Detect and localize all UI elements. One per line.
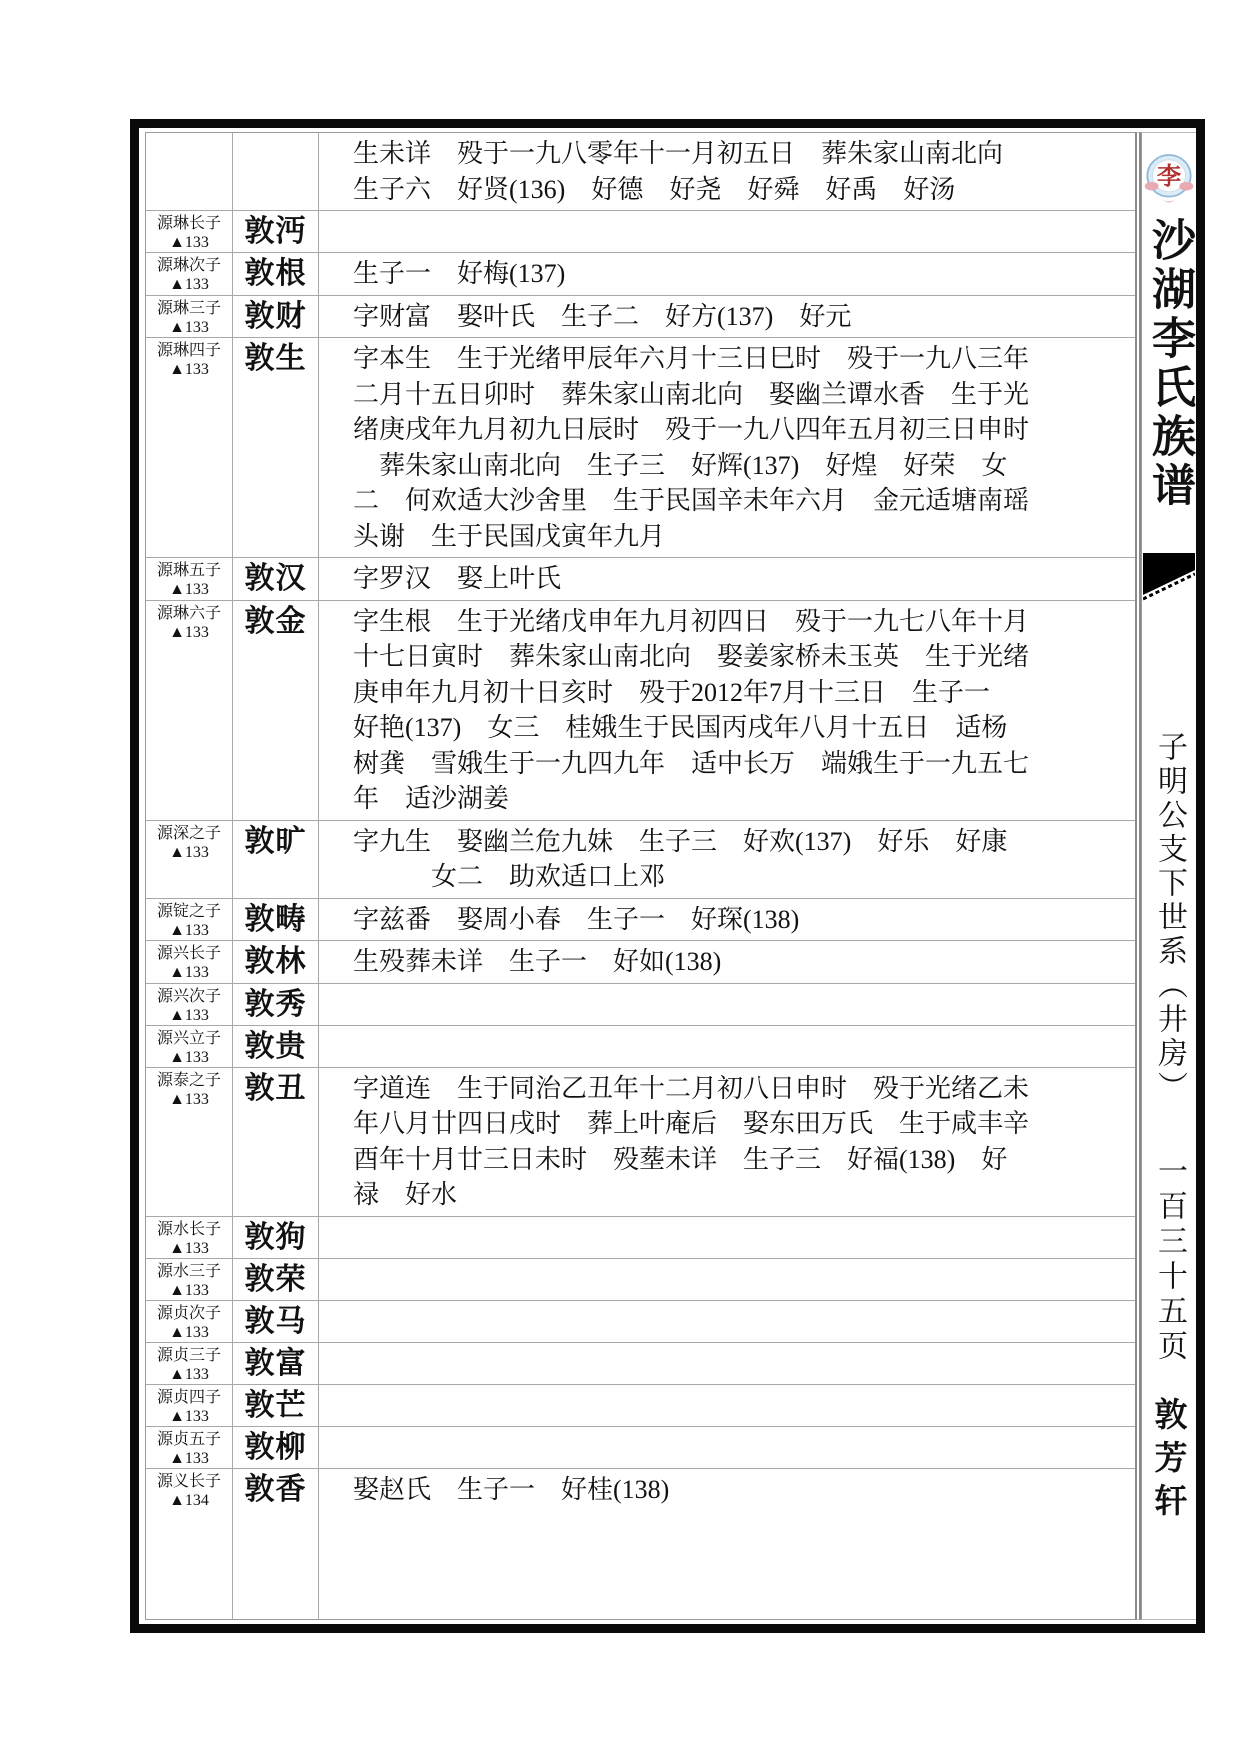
relation-cell: 源兴立子 ▲133 [146,1026,233,1067]
relation-cell: 源贞次子 ▲133 [146,1301,233,1342]
relation-cell: 源琳五子 ▲133 [146,558,233,600]
person-detail: 字九生 娶幽兰危九妹 生子三 好欢(137) 好乐 好康 女二 助欢适口上邓 [319,821,1135,898]
relation-label: 源锭之子 [157,902,221,921]
person-detail: 字生根 生于光绪戊申年九月初四日 殁于一九七八年十月 十七日寅时 葬朱家山南北向… [319,601,1135,820]
generation-marker: ▲134 [169,1491,209,1510]
person-name: 敦根 [233,253,319,295]
person-detail [319,1217,1135,1258]
relation-cell: 源琳次子 ▲133 [146,253,233,295]
relation-label: 源水长子 [157,1220,221,1239]
relation-cell: 源琳三子 ▲133 [146,296,233,338]
person-name: 敦贵 [233,1026,319,1067]
person-name: 敦旷 [233,821,319,898]
relation-cell: 源贞三子 ▲133 [146,1343,233,1384]
table-row: 源锭之子 ▲133 敦畴 字兹番 娶周小春 生子一 好琛(138) [146,899,1135,942]
person-detail [319,1427,1135,1468]
generation-marker: ▲133 [169,1449,209,1468]
person-name: 敦富 [233,1343,319,1384]
person-detail [319,1026,1135,1067]
relation-label: 源琳四子 [157,341,221,360]
relation-cell: 源水三子 ▲133 [146,1259,233,1300]
person-name: 敦柳 [233,1427,319,1468]
table-row: 源水长子 ▲133 敦狗 [146,1217,1135,1259]
table-row: 源琳次子 ▲133 敦根 生子一 好梅(137) [146,253,1135,296]
relation-label: 源琳长子 [157,214,221,233]
person-detail: 生未详 殁于一九八零年十一月初五日 葬朱家山南北向 生子六 好贤(136) 好德… [319,133,1135,210]
person-name: 敦财 [233,296,319,338]
person-detail [319,211,1135,252]
person-name: 敦秀 [233,984,319,1025]
generation-marker: ▲133 [169,1365,209,1384]
relation-cell: 源贞四子 ▲133 [146,1385,233,1426]
generation-marker: ▲133 [169,233,209,252]
table-row: 源贞次子 ▲133 敦马 [146,1301,1135,1343]
person-name: 敦畴 [233,899,319,941]
relation-label: 源贞五子 [157,1430,221,1449]
relation-label: 源贞次子 [157,1304,221,1323]
person-detail: 字道连 生于同治乙丑年十二月初八日申时 殁于光绪乙未 年八月廿四日戌时 葬上叶庵… [319,1068,1135,1216]
person-detail: 生殁葬未详 生子一 好如(138) [319,941,1135,983]
relation-label: 源义长子 [157,1472,221,1491]
relation-label: 源贞三子 [157,1346,221,1365]
relation-label: 源兴长子 [157,944,221,963]
table-row: 源琳四子 ▲133 敦生 字本生 生于光绪甲辰年六月十三日巳时 殁于一九八三年 … [146,338,1135,558]
person-detail: 字财富 娶叶氏 生子二 好方(137) 好元 [319,296,1135,338]
person-name: 敦汉 [233,558,319,600]
person-name: 敦林 [233,941,319,983]
table-row: 生未详 殁于一九八零年十一月初五日 葬朱家山南北向 生子六 好贤(136) 好德… [146,133,1135,211]
relation-label: 源贞四子 [157,1388,221,1407]
person-detail [319,1301,1135,1342]
generation-marker: ▲133 [169,843,209,862]
relation-cell: 源兴长子 ▲133 [146,941,233,983]
relation-label: 源水三子 [157,1262,221,1281]
table-row: 源兴长子 ▲133 敦林 生殁葬未详 生子一 好如(138) [146,941,1135,984]
relation-cell: 源水长子 ▲133 [146,1217,233,1258]
relation-label: 源琳六子 [157,604,221,623]
generation-marker: ▲133 [169,1407,209,1426]
person-detail: 字罗汉 娶上叶氏 [319,558,1135,600]
book-title: 沙湖李氏族谱 [1147,217,1191,511]
person-detail: 娶赵氏 生子一 好桂(138) [319,1469,1135,1620]
page-corner-icon [1143,553,1195,603]
generation-marker: ▲133 [169,1048,209,1067]
relation-label: 源泰之子 [157,1071,221,1090]
table-row: 源琳长子 ▲133 敦沔 [146,211,1135,253]
relation-label: 源兴次子 [157,987,221,1006]
relation-cell: 源锭之子 ▲133 [146,899,233,941]
person-name: 敦芒 [233,1385,319,1426]
relation-label: 源琳次子 [157,256,221,275]
page-number: 一百三十五页 [1154,1155,1184,1365]
person-name: 敦香 [233,1469,319,1620]
generation-marker: ▲133 [169,963,209,982]
li-clan-seal-icon: 李 [1143,153,1195,209]
person-detail: 字兹番 娶周小春 生子一 好琛(138) [319,899,1135,941]
generation-marker: ▲133 [169,275,209,294]
person-detail [319,984,1135,1025]
genealogy-page-frame: 生未详 殁于一九八零年十一月初五日 葬朱家山南北向 生子六 好贤(136) 好德… [130,119,1205,1633]
svg-text:李: 李 [1157,163,1182,190]
relation-label: 源琳三子 [157,299,221,318]
relation-cell: 源义长子 ▲134 [146,1469,233,1620]
generation-marker: ▲133 [169,1090,209,1109]
generation-marker: ▲133 [169,360,209,379]
relation-cell: 源琳长子 ▲133 [146,211,233,252]
generation-marker: ▲133 [169,318,209,337]
person-detail [319,1385,1135,1426]
relation-label: 源琳五子 [157,561,221,580]
compiler-name: 敦芳轩 [1153,1397,1186,1526]
person-detail [319,1343,1135,1384]
person-name: 敦金 [233,601,319,820]
table-row: 源琳三子 ▲133 敦财 字财富 娶叶氏 生子二 好方(137) 好元 [146,296,1135,339]
person-name: 敦生 [233,338,319,557]
relation-cell: 源琳六子 ▲133 [146,601,233,820]
relation-cell: 源琳四子 ▲133 [146,338,233,557]
table-row: 源琳六子 ▲133 敦金 字生根 生于光绪戊申年九月初四日 殁于一九七八年十月 … [146,601,1135,821]
table-row: 源兴次子 ▲133 敦秀 [146,984,1135,1026]
table-row: 源贞五子 ▲133 敦柳 [146,1427,1135,1469]
generation-marker: ▲133 [169,1006,209,1025]
person-name: 敦马 [233,1301,319,1342]
sidebar: 李 沙湖李氏族谱 子明公支下世系（井房） 一百三十五页 敦芳轩 [1141,132,1196,1620]
table-row: 源深之子 ▲133 敦旷 字九生 娶幽兰危九妹 生子三 好欢(137) 好乐 好… [146,821,1135,899]
relation-cell: 源泰之子 ▲133 [146,1068,233,1216]
relation-cell: 源深之子 ▲133 [146,821,233,898]
table-row: 源兴立子 ▲133 敦贵 [146,1026,1135,1068]
relation-cell [146,133,233,210]
person-detail [319,1259,1135,1300]
generation-marker: ▲133 [169,921,209,940]
relation-cell: 源贞五子 ▲133 [146,1427,233,1468]
table-row: 源义长子 ▲134 敦香 娶赵氏 生子一 好桂(138) [146,1469,1135,1620]
generation-marker: ▲133 [169,1281,209,1300]
relation-cell: 源兴次子 ▲133 [146,984,233,1025]
table-row: 源水三子 ▲133 敦荣 [146,1259,1135,1301]
table-row: 源琳五子 ▲133 敦汉 字罗汉 娶上叶氏 [146,558,1135,601]
relation-label: 源深之子 [157,824,221,843]
generation-marker: ▲133 [169,623,209,642]
person-name: 敦狗 [233,1217,319,1258]
relation-label: 源兴立子 [157,1029,221,1048]
person-name: 敦荣 [233,1259,319,1300]
person-name [233,133,319,210]
generation-marker: ▲133 [169,1323,209,1342]
generation-marker: ▲133 [169,1239,209,1258]
person-name: 敦丑 [233,1068,319,1216]
genealogy-table: 生未详 殁于一九八零年十一月初五日 葬朱家山南北向 生子六 好贤(136) 好德… [145,132,1141,1620]
person-name: 敦沔 [233,211,319,252]
person-detail: 生子一 好梅(137) [319,253,1135,295]
person-detail: 字本生 生于光绪甲辰年六月十三日巳时 殁于一九八三年 二月十五日卯时 葬朱家山南… [319,338,1135,557]
generation-marker: ▲133 [169,580,209,599]
table-row: 源贞三子 ▲133 敦富 [146,1343,1135,1385]
section-title: 子明公支下世系（井房） [1154,731,1184,1105]
table-row: 源贞四子 ▲133 敦芒 [146,1385,1135,1427]
table-row: 源泰之子 ▲133 敦丑 字道连 生于同治乙丑年十二月初八日申时 殁于光绪乙未 … [146,1068,1135,1217]
